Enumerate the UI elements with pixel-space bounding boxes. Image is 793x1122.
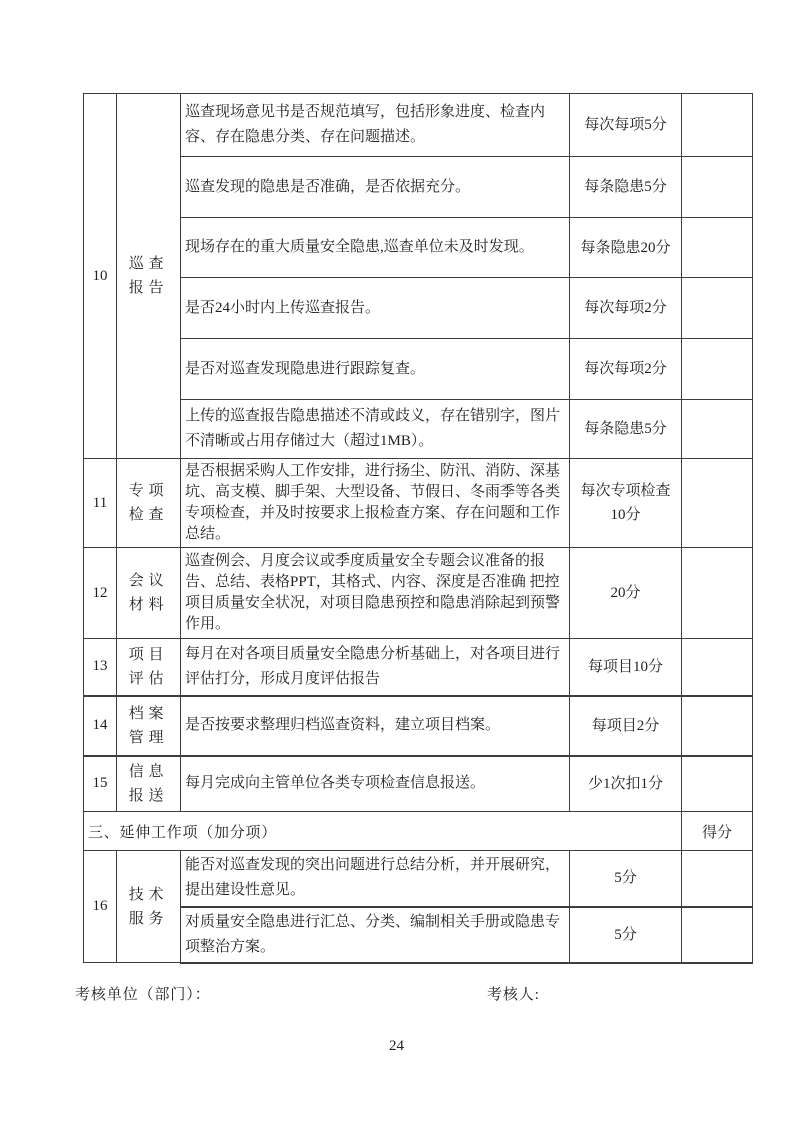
- table-row: 是否24小时内上传巡查报告。 每次每项2分: [84, 278, 753, 339]
- score-cell: [682, 548, 753, 639]
- criteria-cell: 5分: [570, 907, 682, 963]
- score-cell: [682, 696, 753, 756]
- table-row: 是否对巡查发现隐患进行跟踪复查。 每次每项2分: [84, 339, 753, 400]
- description-cell: 每月在对各项目质量安全隐患分析基础上，对各项目进行评估打分，形成月度评估报告: [181, 639, 570, 696]
- table-row: 巡查发现的隐患是否准确，是否依据充分。 每条隐患5分: [84, 157, 753, 218]
- score-cell: [682, 278, 753, 339]
- description-cell: 现场存在的重大质量安全隐患,巡查单位未及时发现。: [181, 218, 570, 278]
- row-number-cell: 14: [84, 696, 117, 756]
- description-cell: 是否根据采购人工作安排，进行扬尘、防汛、消防、深基坑、高支模、脚手架、大型设备、…: [181, 459, 570, 548]
- description-cell: 是否按要求整理归档巡查资料，建立项目档案。: [181, 696, 570, 756]
- row-number-cell: 13: [84, 639, 117, 696]
- criteria-cell: 每条隐患20分: [570, 218, 682, 278]
- row-number-cell: 15: [84, 756, 117, 812]
- section-header-row: 三、延伸工作项（加分项） 得分: [84, 812, 753, 851]
- table-row: 10 巡查 报告 巡查现场意见书是否规范填写，包括形象进度、检查内容、存在隐患分…: [84, 94, 753, 157]
- category-cell: 技术 服务: [117, 851, 181, 963]
- table-row: 对质量安全隐患进行汇总、分类、编制相关手册或隐患专项整治方案。 5分: [84, 907, 753, 963]
- description-cell: 对质量安全隐患进行汇总、分类、编制相关手册或隐患专项整治方案。: [181, 907, 570, 963]
- table-row: 15 信息 报送 每月完成向主管单位各类专项检查信息报送。 少1次扣1分: [84, 756, 753, 812]
- row-number-cell: 11: [84, 459, 117, 548]
- score-header-cell: 得分: [682, 812, 753, 851]
- table-row: 14 档案 管理 是否按要求整理归档巡查资料，建立项目档案。 每项目2分: [84, 696, 753, 756]
- criteria-cell: 每次每项5分: [570, 94, 682, 157]
- table-row: 11 专项 检查 是否根据采购人工作安排，进行扬尘、防汛、消防、深基坑、高支模、…: [84, 459, 753, 548]
- description-cell: 上传的巡查报告隐患描述不清或歧义，存在错别字，图片不清晰或占用存储过大（超过1M…: [181, 400, 570, 459]
- score-cell: [682, 639, 753, 696]
- row-number-cell: 16: [84, 851, 117, 963]
- criteria-cell: 每次专项检查 10分: [570, 459, 682, 548]
- document-page: 10 巡查 报告 巡查现场意见书是否规范填写，包括形象进度、检查内容、存在隐患分…: [0, 0, 793, 1122]
- score-cell: [682, 851, 753, 907]
- score-cell: [682, 218, 753, 278]
- criteria-cell: 少1次扣1分: [570, 756, 682, 812]
- table-row: 16 技术 服务 能否对巡查发现的突出问题进行总结分析，并开展研究，提出建设性意…: [84, 851, 753, 907]
- criteria-cell: 5分: [570, 851, 682, 907]
- table-row: 12 会议 材料 巡查例会、月度会议或季度质量安全专题会议准备的报告、总结、表格…: [84, 548, 753, 639]
- table-row: 13 项目 评估 每月在对各项目质量安全隐患分析基础上，对各项目进行评估打分，形…: [84, 639, 753, 696]
- description-cell: 每月完成向主管单位各类专项检查信息报送。: [181, 756, 570, 812]
- assessment-table: 10 巡查 报告 巡查现场意见书是否规范填写，包括形象进度、检查内容、存在隐患分…: [83, 93, 753, 964]
- criteria-cell: 每条隐患5分: [570, 157, 682, 218]
- footer-assessing-unit-label: 考核单位（部门）：: [75, 983, 211, 1004]
- score-cell: [682, 339, 753, 400]
- row-number-cell: 12: [84, 548, 117, 639]
- criteria-cell: 每次每项2分: [570, 339, 682, 400]
- score-cell: [682, 400, 753, 459]
- description-cell: 巡查例会、月度会议或季度质量安全专题会议准备的报告、总结、表格PPT，其格式、内…: [181, 548, 570, 639]
- criteria-cell: 每项目10分: [570, 639, 682, 696]
- criteria-cell: 20分: [570, 548, 682, 639]
- category-cell: 档案 管理: [117, 696, 181, 756]
- description-cell: 能否对巡查发现的突出问题进行总结分析，并开展研究，提出建设性意见。: [181, 851, 570, 907]
- page-number: 24: [0, 1038, 793, 1055]
- category-cell: 会议 材料: [117, 548, 181, 639]
- score-cell: [682, 907, 753, 963]
- description-cell: 是否对巡查发现隐患进行跟踪复查。: [181, 339, 570, 400]
- footer: 考核单位（部门）： 考核人:: [0, 983, 793, 1005]
- criteria-cell: 每条隐患5分: [570, 400, 682, 459]
- description-cell: 巡查发现的隐患是否准确，是否依据充分。: [181, 157, 570, 218]
- description-cell: 是否24小时内上传巡查报告。: [181, 278, 570, 339]
- score-cell: [682, 459, 753, 548]
- category-cell: 信息 报送: [117, 756, 181, 812]
- footer-assessor-label: 考核人:: [487, 983, 540, 1004]
- section-title-cell: 三、延伸工作项（加分项）: [84, 812, 682, 851]
- category-cell: 项目 评估: [117, 639, 181, 696]
- table-row: 上传的巡查报告隐患描述不清或歧义，存在错别字，图片不清晰或占用存储过大（超过1M…: [84, 400, 753, 459]
- score-cell: [682, 157, 753, 218]
- description-cell: 巡查现场意见书是否规范填写，包括形象进度、检查内容、存在隐患分类、存在问题描述。: [181, 94, 570, 157]
- criteria-cell: 每次每项2分: [570, 278, 682, 339]
- criteria-cell: 每项目2分: [570, 696, 682, 756]
- table-row: 现场存在的重大质量安全隐患,巡查单位未及时发现。 每条隐患20分: [84, 218, 753, 278]
- row-number-cell: 10: [84, 94, 117, 459]
- score-cell: [682, 756, 753, 812]
- category-cell: 专项 检查: [117, 459, 181, 548]
- score-cell: [682, 94, 753, 157]
- category-cell: 巡查 报告: [117, 94, 181, 459]
